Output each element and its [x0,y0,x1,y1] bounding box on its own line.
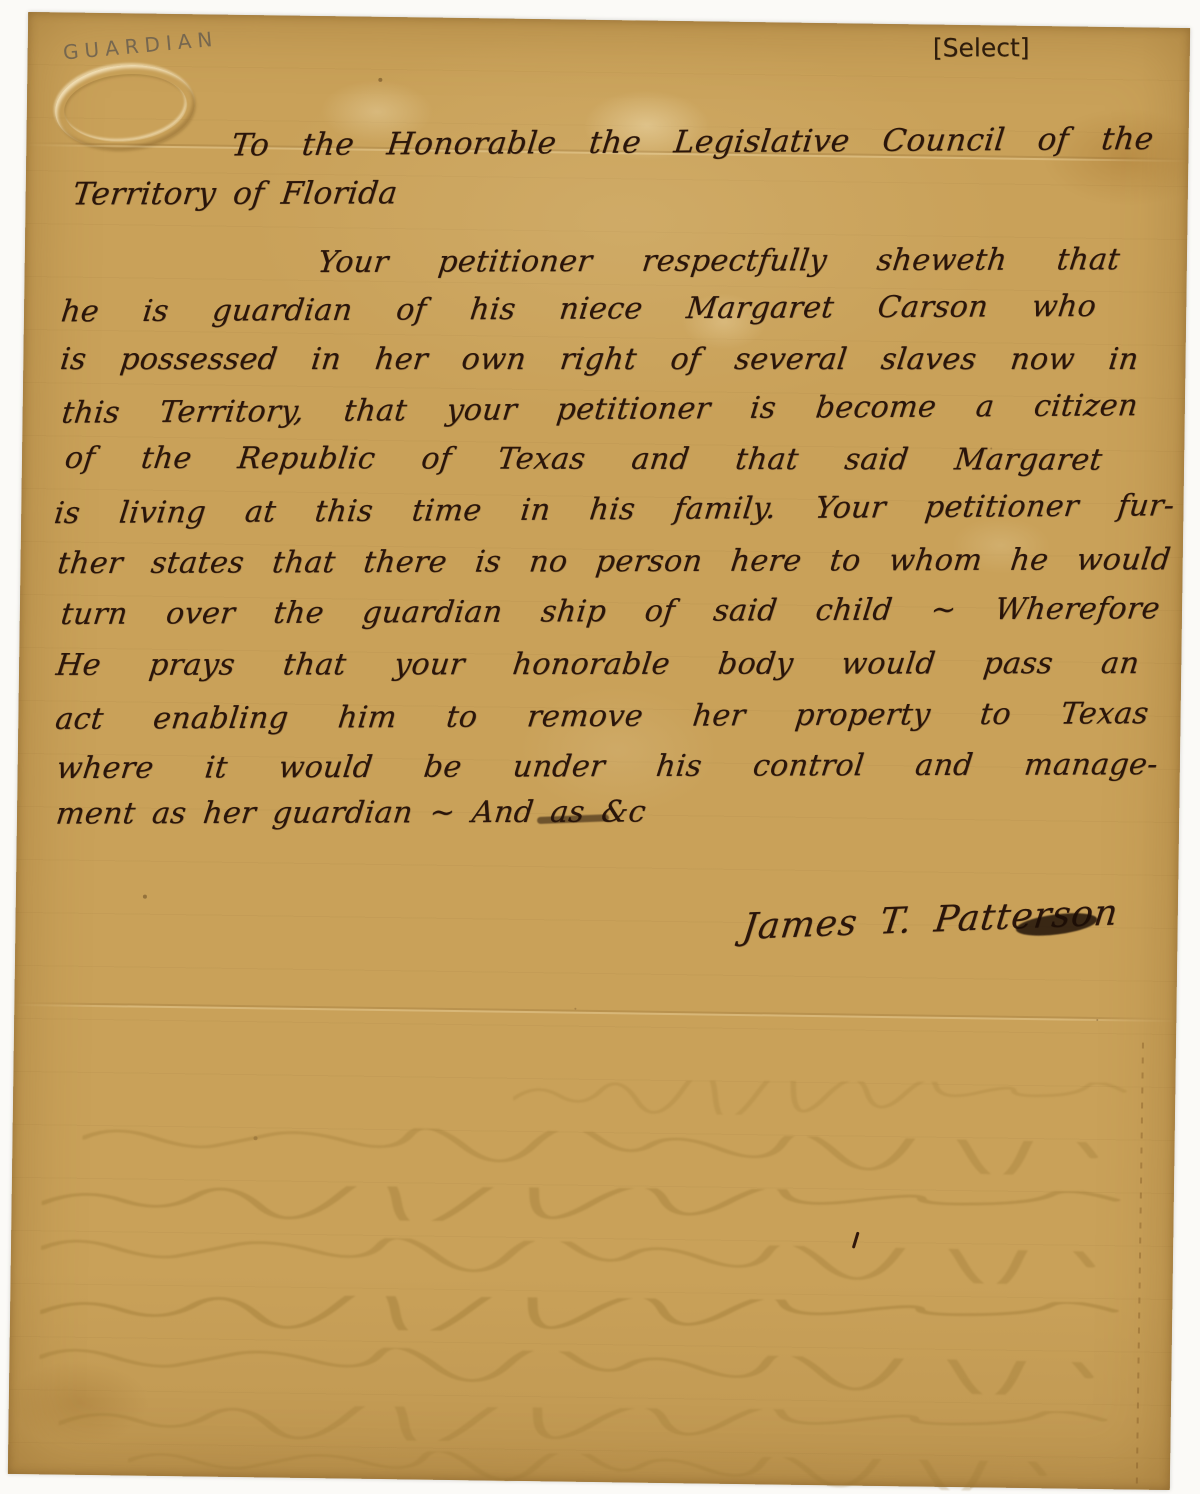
bleedthrough-script [82,1121,1132,1177]
letter-line: turn over the guardian ship of said chil… [59,590,1162,633]
embossed-seal-icon [51,59,198,155]
paper-specks [28,12,30,14]
letter-line: this Territory, that your petitioner is … [60,387,1140,432]
letter-line: he is guardian of his niece Margaret Car… [59,288,1098,331]
scan-background: GUARDIAN [Select] To the Honorable the L… [0,0,1200,1494]
letter-line: where it would be under his control and … [55,746,1160,787]
paper-sheet: GUARDIAN [Select] To the Honorable the L… [8,12,1190,1490]
letter-line: ment as her guardian ~ And as &c [54,794,648,834]
bleedthrough-script [39,1340,1129,1397]
letter-line: He prays that your honorable body would … [54,645,1142,684]
letter-line: is living at this time in his family. Yo… [52,487,1176,532]
heading-line: To the Honorable the Legislative Council… [229,120,1155,165]
letter-line: is possessed in her own right of several… [58,341,1141,379]
pencil-annotation: GUARDIAN [62,27,219,65]
bleedthrough-script [58,1404,1118,1445]
letter-line: of the Republic of Texas and that said M… [63,440,1105,479]
heading-line: Territory of Florida [70,174,399,214]
bleedthrough-script [42,1184,1132,1226]
select-annotation: [Select] [933,33,1030,62]
letter-line: act enabling him to remove her property … [53,695,1150,738]
bleedthrough-script [41,1231,1131,1286]
letter-line: Your petitioner respectfully sheweth tha… [316,241,1122,281]
letter-line: ther states that there is no person here… [55,541,1172,582]
fold-crease-horizontal-middle [14,1002,1176,1020]
bleedthrough-script [513,1080,1133,1117]
bleedthrough-script [128,1446,1078,1493]
fold-crease-vertical [1136,1043,1144,1490]
bleedthrough-script [40,1293,1130,1337]
embossed-seal-inner-ring [61,69,188,146]
